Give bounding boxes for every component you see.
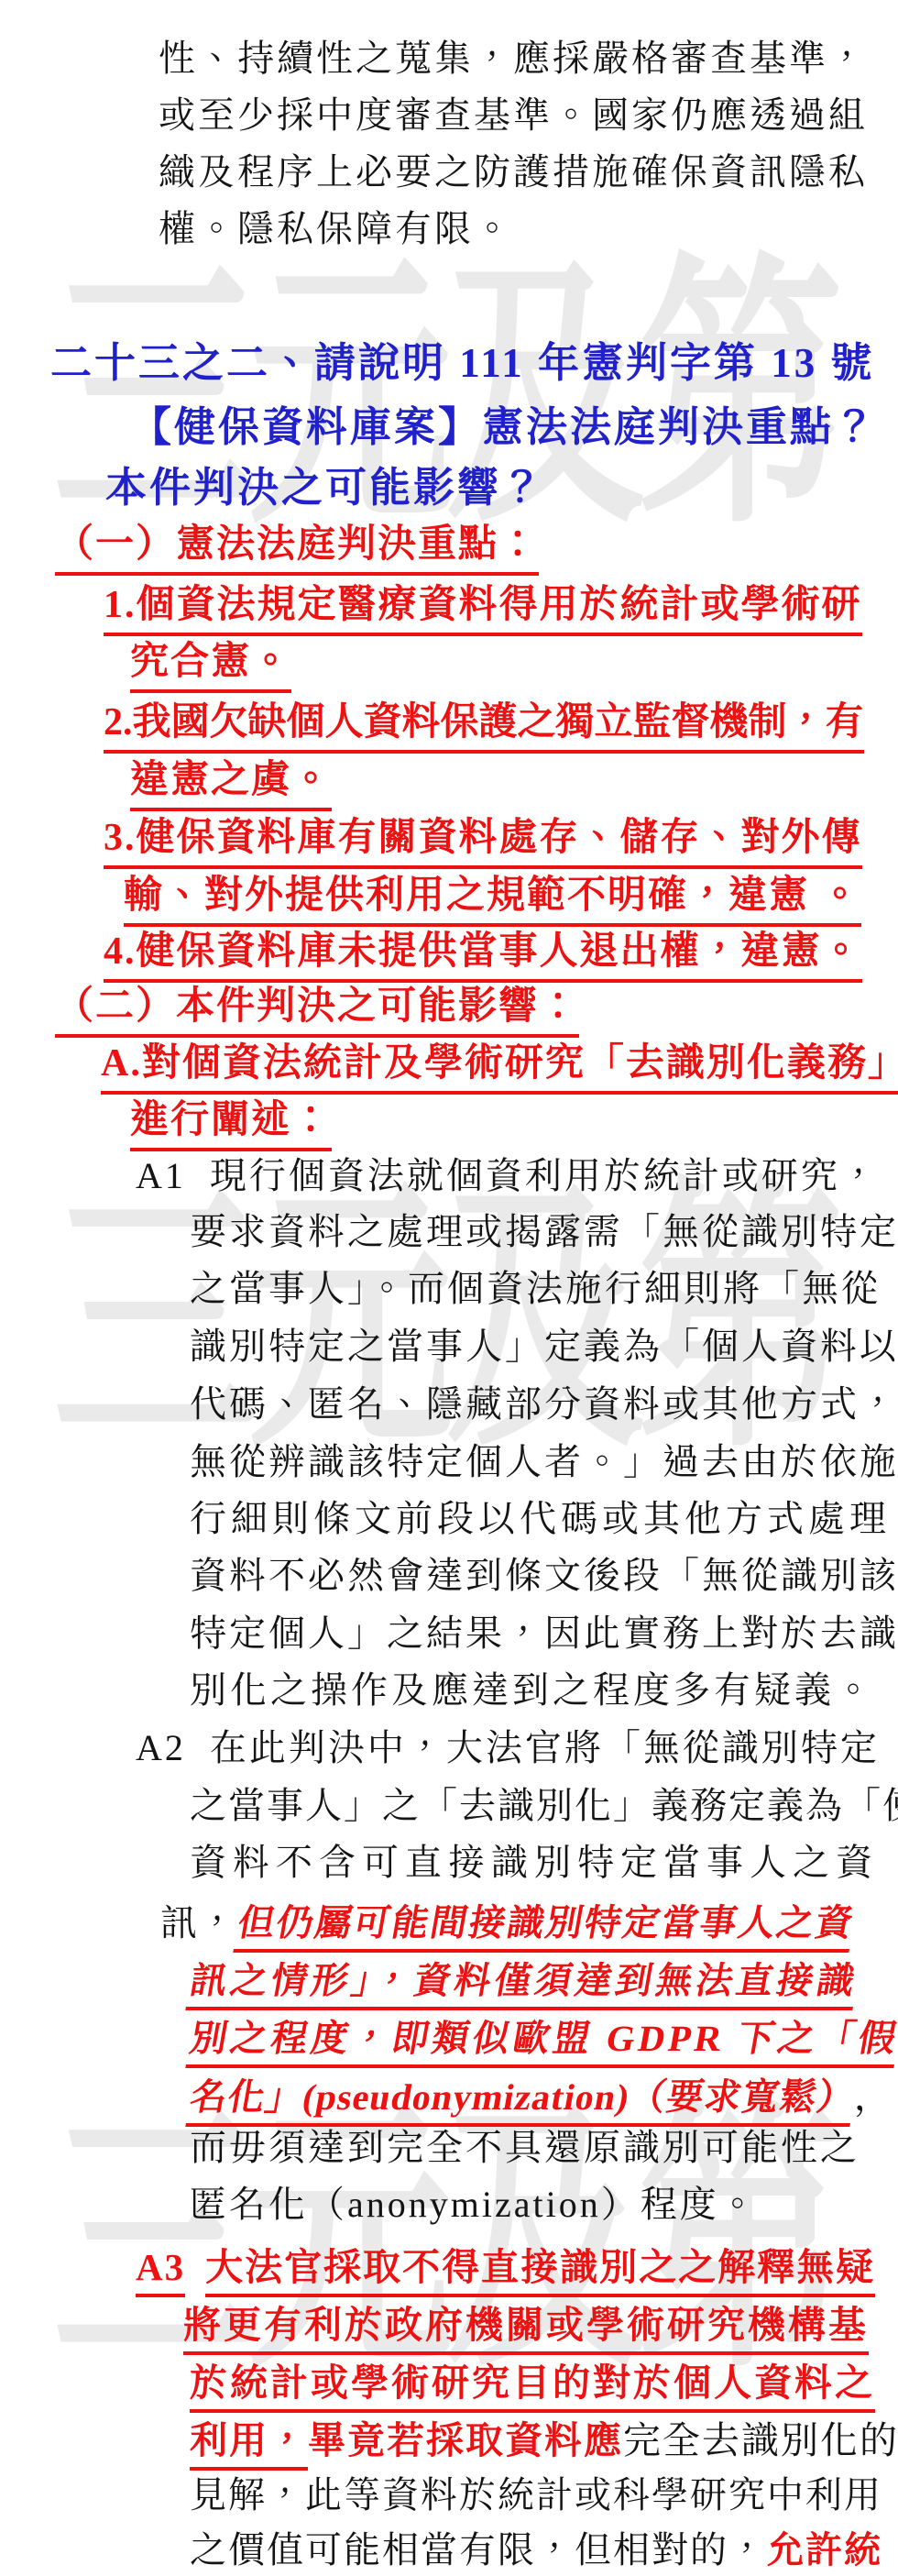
text-line: 行細則條文前段以代碼或其他方式處理 xyxy=(190,1499,891,1538)
text-segment: 於統計或學術研究目的對於個人資料之 xyxy=(190,2362,875,2413)
text-segment: （二）本件判決之可能影響： xyxy=(55,986,579,1038)
text-segment: 代碼、匿名、隱藏部分資料或其他方式， xyxy=(190,1384,898,1424)
text-line: 訊之情形」，資料僅須達到無法直接識 xyxy=(190,1961,857,2010)
text-segment: ， xyxy=(854,2077,892,2117)
text-line: A2在此判決中，大法官將「無從識別特定 xyxy=(136,1728,880,1767)
text-segment: 二十三之二、請說明 111 年憲判字第 13 號 xyxy=(50,341,875,386)
text-segment: 3.健保資料庫有關資料處存、儲存、對外傳 xyxy=(104,818,862,869)
text-segment: A3 xyxy=(136,2247,185,2297)
text-line: 別化之操作及應達到之程度多有疑義。 xyxy=(190,1670,875,1710)
text-line: 別之程度，即類似歐盟 GDPR 下之「假 xyxy=(190,2019,898,2068)
text-line: 2.我國欠缺個人資料保護之獨立監督機制，有 xyxy=(104,702,864,754)
text-line: 1.個資法規定醫療資料得用於統計或學術研 xyxy=(104,585,862,636)
text-line: 代碼、匿名、隱藏部分資料或其他方式， xyxy=(190,1384,898,1424)
text-line: 要求資料之處理或揭露需「無從識別特定 xyxy=(190,1212,898,1251)
text-line: 本件判決之可能影響？ xyxy=(105,466,545,511)
text-line: A3大法官採取不得直接識別之之解釋無疑 xyxy=(136,2247,875,2297)
text-line: 4.健保資料庫未提供當事人退出權，違憲。 xyxy=(104,931,862,983)
text-line: 資料不必然會達到條文後段「無從識別該 xyxy=(190,1556,898,1595)
text-segment: 允許統 xyxy=(767,2530,882,2576)
text-line: 之當事人」之「去識別化」義務定義為「使 xyxy=(190,1786,898,1825)
text-line: 而毋須達到完全不具還原識別可能性之 xyxy=(190,2128,860,2167)
text-segment: 要求資料之處理或揭露需「無從識別特定 xyxy=(190,1212,898,1251)
text-segment: 之當事人」。而個資法施行細則將「無從 xyxy=(190,1269,881,1308)
text-segment: 識別特定之當事人」定義為「個人資料以 xyxy=(190,1327,898,1366)
text-segment: 性、持續性之蒐集，應採嚴格審查基準， xyxy=(159,39,868,78)
text-line: 二十三之二、請說明 111 年憲判字第 13 號 xyxy=(50,341,875,386)
text-line: 違憲之虞。 xyxy=(130,760,332,811)
text-segment: 之價值可能相當有限，但相對的， xyxy=(190,2530,767,2570)
text-segment: 畢竟若採取資料應 xyxy=(308,2420,623,2460)
text-line: 匿名化（anonymization）程度。 xyxy=(190,2185,759,2224)
text-segment: 特定個人」之結果，因此實務上對於去識 xyxy=(190,1613,898,1653)
text-line: 資料不含可直接識別特定當事人之資 xyxy=(190,1843,879,1882)
text-segment: 【健保資料庫案】憲法法庭判決重點？ xyxy=(130,405,878,450)
text-segment: 究合憲。 xyxy=(130,642,291,693)
text-segment: A1 xyxy=(136,1156,186,1195)
text-segment: 輸、對外提供利用之規範不明確，違憲 。 xyxy=(124,875,861,927)
text-segment: 現行個資法就個資利用於統計或研究， xyxy=(210,1156,880,1195)
text-line: 究合憲。 xyxy=(130,642,291,693)
text-line: 識別特定之當事人」定義為「個人資料以 xyxy=(190,1327,898,1366)
text-segment: 2.我國欠缺個人資料保護之獨立監督機制，有 xyxy=(104,702,864,754)
text-segment: 權。隱私保障有限。 xyxy=(159,209,513,248)
text-segment: 違憲之虞。 xyxy=(130,760,332,811)
text-segment: 將更有利於政府機關或學術研究機構基 xyxy=(183,2305,869,2355)
text-segment: 訊， xyxy=(160,1903,237,1943)
text-line: 於統計或學術研究目的對於個人資料之 xyxy=(190,2362,875,2413)
text-line: A.對個資法統計及學術研究「去識別化義務」 xyxy=(101,1043,898,1095)
text-line: 之當事人」。而個資法施行細則將「無從 xyxy=(190,1269,881,1308)
text-segment: 訊之情形」，資料僅須達到無法直接識 xyxy=(185,1961,861,2010)
text-segment: 資料不含可直接識別特定當事人之資 xyxy=(190,1843,879,1882)
text-layer: 性、持續性之蒐集，應採嚴格審查基準，或至少採中度審查基準。國家仍應透過組織及程序… xyxy=(0,0,898,2576)
text-line: 權。隱私保障有限。 xyxy=(159,209,513,248)
text-line: 或至少採中度審查基準。國家仍應透過組 xyxy=(159,95,868,135)
text-segment: A2 xyxy=(136,1728,186,1767)
text-line: （一）憲法法庭判決重點： xyxy=(55,524,539,576)
text-line: 訊，但仍屬可能間接識別特定當事人之資 xyxy=(160,1903,853,1953)
text-line: A1現行個資法就個資利用於統計或研究， xyxy=(136,1156,880,1195)
text-segment: 在此判決中，大法官將「無從識別特定 xyxy=(210,1728,880,1767)
text-segment: 完全去識別化的 xyxy=(623,2420,898,2460)
text-segment: 織及程序上必要之防護措施確保資訊隱私 xyxy=(159,152,868,192)
text-segment: 無從辨識該特定個人者。」過去由於依施 xyxy=(190,1442,898,1481)
text-segment: 或至少採中度審查基準。國家仍應透過組 xyxy=(159,95,868,135)
text-line: 利用，畢竟若採取資料應完全去識別化的 xyxy=(190,2420,898,2471)
text-line: 進行闡述： xyxy=(130,1100,332,1151)
text-segment: 而毋須達到完全不具還原識別可能性之 xyxy=(190,2128,860,2167)
text-segment: 本件判決之可能影響？ xyxy=(105,466,545,511)
text-line: 無從辨識該特定個人者。」過去由於依施 xyxy=(190,1442,898,1481)
text-line: 將更有利於政府機關或學術研究機構基 xyxy=(183,2305,869,2355)
text-line: 性、持續性之蒐集，應採嚴格審查基準， xyxy=(159,39,868,78)
text-segment: 1.個資法規定醫療資料得用於統計或學術研 xyxy=(104,585,862,636)
text-segment: 4.健保資料庫未提供當事人退出權，違憲。 xyxy=(104,931,862,983)
text-line: 輸、對外提供利用之規範不明確，違憲 。 xyxy=(124,875,861,927)
text-line: 3.健保資料庫有關資料處存、儲存、對外傳 xyxy=(104,818,862,869)
text-segment: 見解，此等資料於統計或科學研究中利用 xyxy=(190,2475,882,2515)
text-segment: 別之程度，即類似歐盟 GDPR 下之「假 xyxy=(185,2019,898,2068)
text-segment: 進行闡述： xyxy=(130,1100,332,1151)
text-segment: 資料不必然會達到條文後段「無從識別該 xyxy=(190,1556,898,1595)
text-segment: 之當事人」之「去識別化」義務定義為「使 xyxy=(190,1786,898,1825)
text-line: 之價值可能相當有限，但相對的，允許統 xyxy=(190,2530,882,2576)
document-page: 三元及第 三元及第 三元及第 性、持續性之蒐集，應採嚴格審查基準，或至少採中度審… xyxy=(0,0,898,2576)
text-segment: A.對個資法統計及學術研究「去識別化義務」 xyxy=(101,1043,898,1095)
text-segment: 但仍屬可能間接識別特定當事人之資 xyxy=(233,1903,858,1953)
text-segment: 利用， xyxy=(190,2420,308,2471)
text-line: 特定個人」之結果，因此實務上對於去識 xyxy=(190,1613,898,1653)
text-line: 織及程序上必要之防護措施確保資訊隱私 xyxy=(159,152,868,192)
text-line: 見解，此等資料於統計或科學研究中利用 xyxy=(190,2475,882,2515)
text-segment: 行細則條文前段以代碼或其他方式處理 xyxy=(190,1499,891,1538)
text-segment: 大法官採取不得直接識別之之解釋無疑 xyxy=(205,2247,875,2297)
text-line: 名化」(pseudonymization)（要求寬鬆）， xyxy=(190,2077,892,2127)
text-line: （二）本件判決之可能影響： xyxy=(55,986,579,1038)
text-segment: 匿名化（anonymization）程度。 xyxy=(190,2185,759,2224)
text-line: 【健保資料庫案】憲法法庭判決重點？ xyxy=(130,405,878,450)
text-segment: 名化」(pseudonymization)（要求寬鬆） xyxy=(185,2077,858,2127)
text-segment: 別化之操作及應達到之程度多有疑義。 xyxy=(190,1670,875,1710)
text-segment: （一）憲法法庭判決重點： xyxy=(55,524,539,576)
